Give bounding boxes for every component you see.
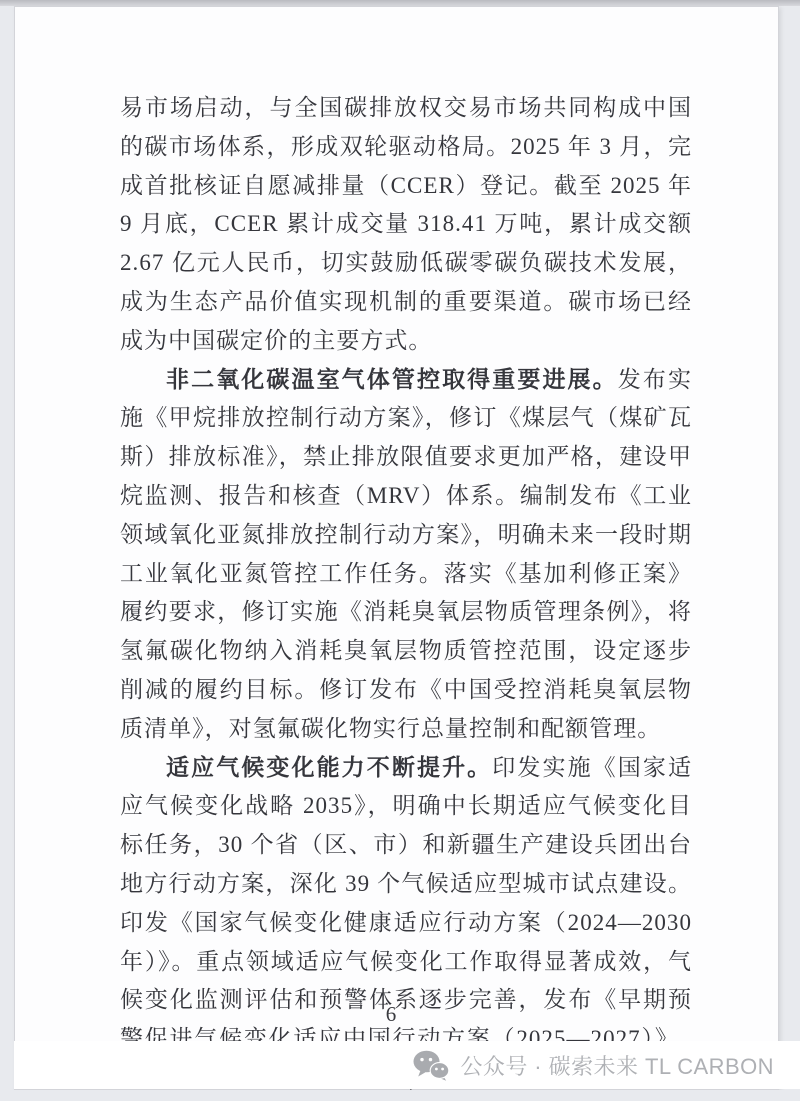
- paragraph-text: 发布实施《甲烷排放控制行动方案》，修订《煤层气（煤矿瓦斯）排放标准》，禁止排放限…: [120, 367, 692, 741]
- page-number: 6: [105, 1002, 677, 1027]
- paragraph-lead: 适应气候变化能力不断提升。: [166, 755, 492, 780]
- body-paragraph: 非二氧化碳温室气体管控取得重要进展。发布实施《甲烷排放控制行动方案》，修订《煤层…: [120, 361, 692, 749]
- document-page: 易市场启动，与全国碳排放权交易市场共同构成中国的碳市场体系，形成双轮驱动格局。2…: [14, 6, 779, 1090]
- photo-bottom-edge: [0, 1090, 800, 1101]
- watermark-footer: 公众号 · 碳索未来 TL CARBON: [14, 1041, 800, 1089]
- paragraph-text: 易市场启动，与全国碳排放权交易市场共同构成中国的碳市场体系，形成双轮驱动格局。2…: [120, 95, 692, 353]
- body-paragraph: 易市场启动，与全国碳排放权交易市场共同构成中国的碳市场体系，形成双轮驱动格局。2…: [120, 89, 692, 361]
- paragraph-lead: 非二氧化碳温室气体管控取得重要进展。: [166, 367, 618, 392]
- wechat-icon: [413, 1050, 449, 1081]
- page-content: 易市场启动，与全国碳排放权交易市场共同构成中国的碳市场体系，形成双轮驱动格局。2…: [120, 89, 692, 1098]
- watermark-label: 公众号 · 碳索未来 TL CARBON: [460, 1050, 774, 1081]
- paragraph-text: 印发实施《国家适应气候变化战略 2035》，明确中长期适应气候变化目标任务，30…: [120, 755, 692, 1090]
